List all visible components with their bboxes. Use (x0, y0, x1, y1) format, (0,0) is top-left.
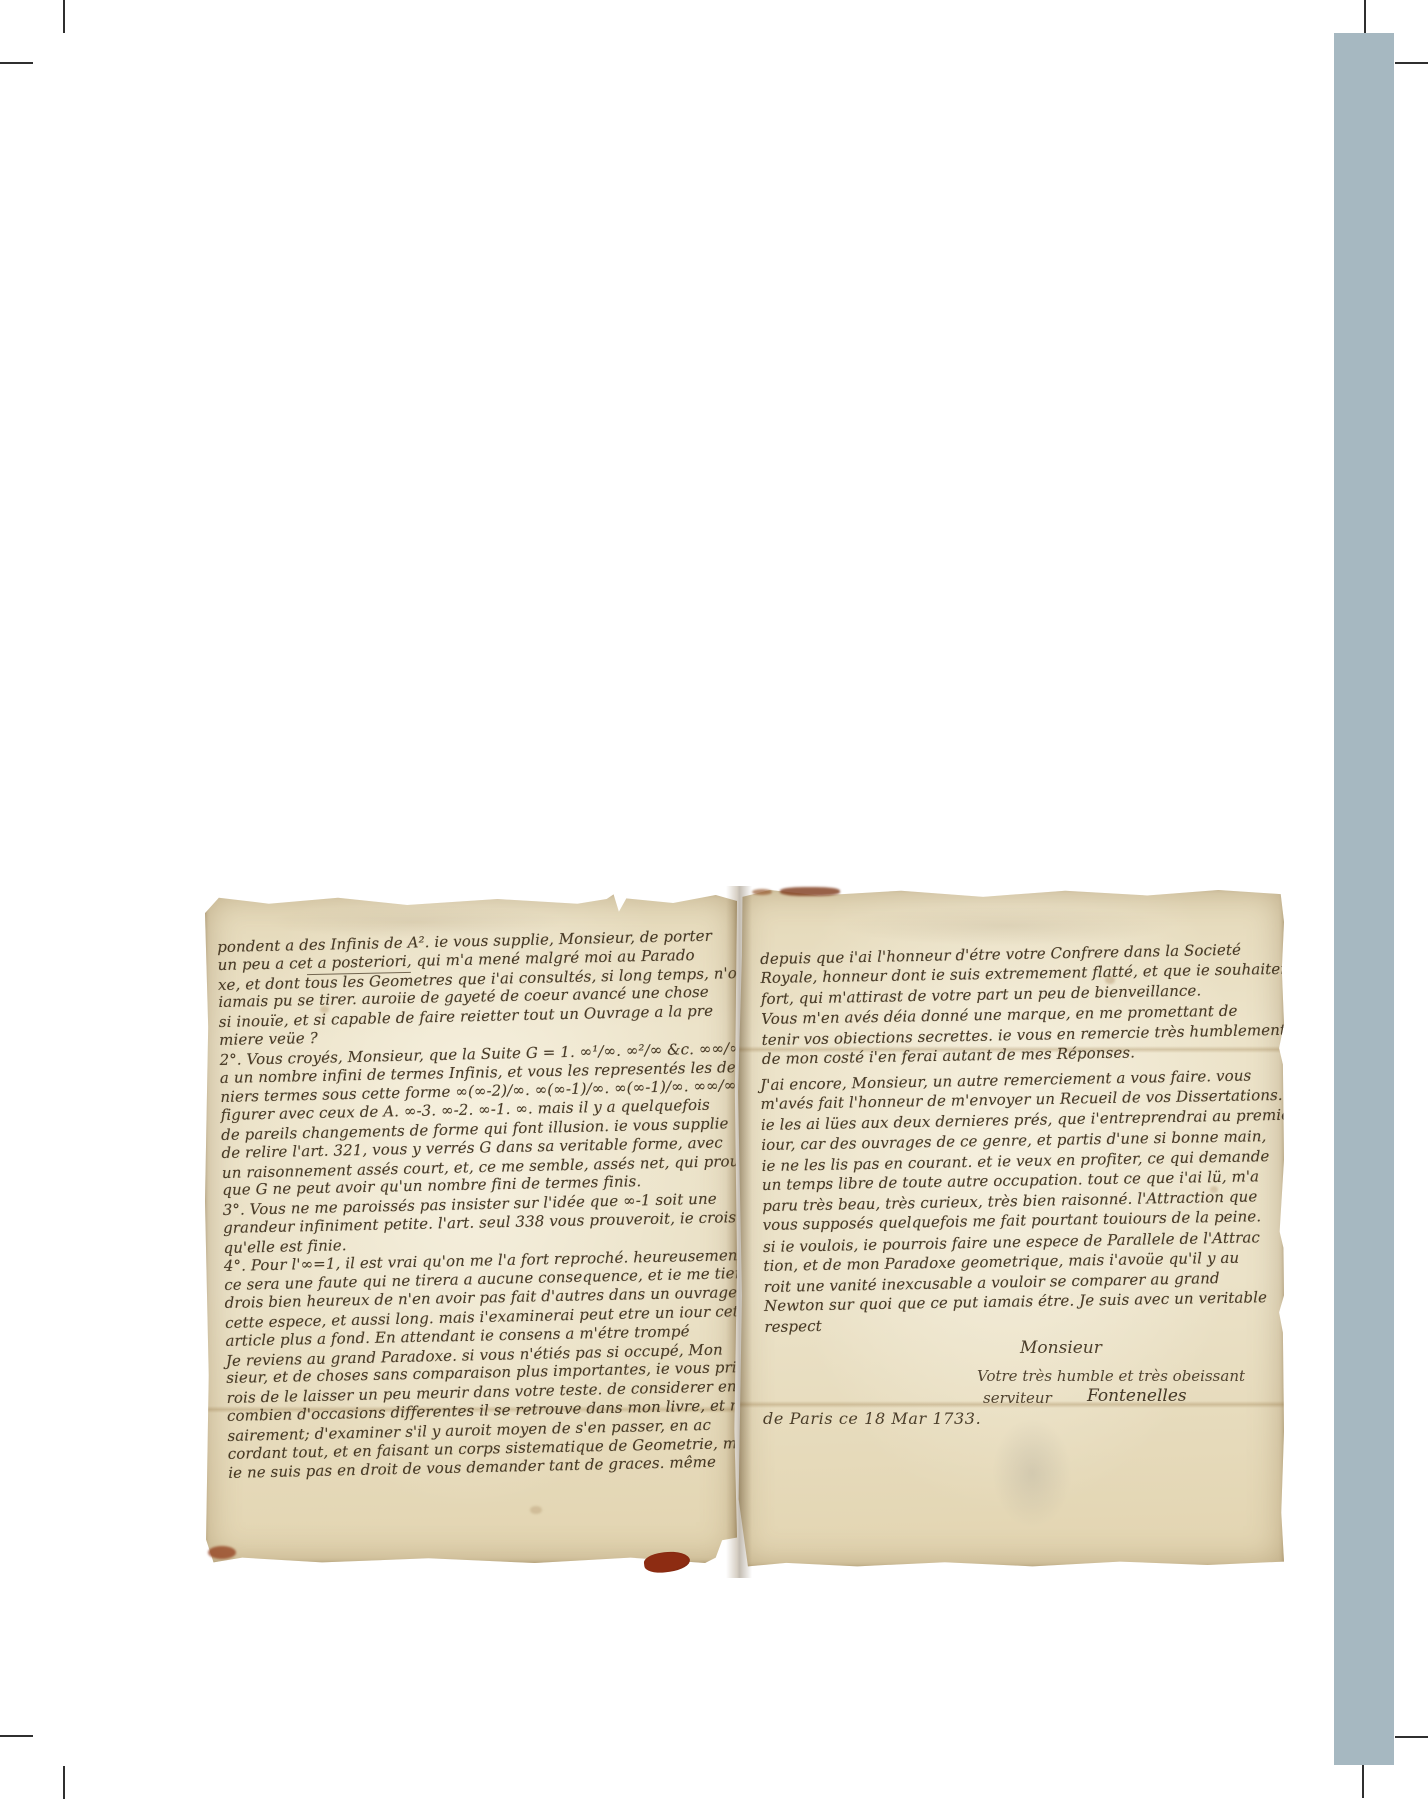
crop-mark-bottom-left-horizontal (0, 1735, 33, 1737)
right-page-paragraph-2: J'ai encore, Monsieur, un autre remercie… (760, 1065, 1295, 1337)
red-stain-bottom-left (208, 1546, 236, 1559)
crop-mark-top-left-horizontal (0, 62, 33, 64)
foxing-spot (1210, 1186, 1218, 1193)
manuscript-right-page: depuis que i'ai l'honneur d'étre votre C… (737, 888, 1284, 1567)
crop-mark-bottom-left-vertical (63, 1766, 65, 1799)
right-page-paragraph-1: depuis que i'ai l'honneur d'étre votre C… (760, 939, 1292, 1069)
foxing-spot (530, 1506, 542, 1514)
brown-stain-top-edge-small (752, 889, 772, 895)
foxing-spot (320, 1006, 329, 1013)
signature-fontenelle: Fontenelles (1087, 1386, 1187, 1406)
center-fold-shadow (726, 886, 752, 1578)
crop-mark-top-right-vertical (1364, 0, 1366, 33)
manuscript-left-page: pondent a des Infinis de A². ie vous sup… (205, 893, 737, 1563)
edge-accent-bar (1334, 33, 1394, 1765)
ink-showthrough (837, 906, 1177, 946)
foxing-spot (1105, 976, 1115, 984)
manuscript-scan: pondent a des Infinis de A². ie vous sup… (200, 886, 1284, 1578)
crop-mark-bottom-right-vertical (1362, 1765, 1364, 1798)
closing-serviteur: serviteur (983, 1389, 1052, 1407)
gray-smudge (992, 1418, 1072, 1528)
crop-mark-top-left-vertical (63, 0, 65, 33)
dateline-paris-1733: de Paris ce 18 Mar 1733. (763, 1409, 981, 1428)
closing-valediction: Votre très humble et très obeissant (977, 1367, 1245, 1385)
printed-page: pondent a des Infinis de A². ie vous sup… (0, 0, 1428, 1799)
left-page-text: pondent a des Infinis de A². ie vous sup… (217, 926, 754, 1482)
closing-salutation: Monsieur (1020, 1338, 1102, 1358)
crop-mark-bottom-right-horizontal (1395, 1736, 1428, 1738)
crop-mark-top-right-horizontal (1395, 62, 1428, 64)
brown-stain-top-edge (780, 887, 840, 896)
